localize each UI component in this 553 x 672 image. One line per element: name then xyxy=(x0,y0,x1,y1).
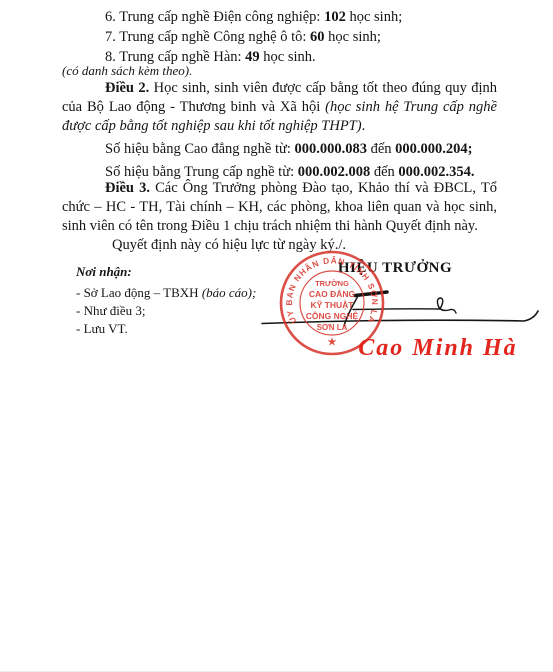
article-2-paragraph: Điều 2. Học sinh, sinh viên được cấp bằn… xyxy=(62,79,497,136)
recipient-item: - Sở Lao động – TBXH (báo cáo); xyxy=(76,284,256,302)
article-2-end: . xyxy=(362,118,366,134)
document-page: 6. Trung cấp nghề Điện công nghiệp: 102 … xyxy=(0,0,553,672)
star-icon: ★ xyxy=(328,337,337,348)
serial-line-college: Số hiệu bằng Cao đẳng nghề từ: 000.000.0… xyxy=(62,140,497,159)
list-item-suffix: học sinh. xyxy=(260,49,316,65)
signer-name: Cao Minh Hà xyxy=(338,335,538,362)
recipients-block: Nơi nhận: - Sở Lao động – TBXH (báo cáo)… xyxy=(76,263,256,338)
stamp-center-line: CAO ĐẲNG xyxy=(309,288,356,299)
serial-to: 000.000.204; xyxy=(395,141,472,157)
article-2-label: Điều 2. xyxy=(105,80,149,96)
list-item-count: 49 xyxy=(245,49,260,65)
stamp-center-line: SƠN LA xyxy=(317,323,348,332)
list-item-suffix: học sinh; xyxy=(346,9,402,25)
serial-prefix: Số hiệu bằng Trung cấp nghề từ: xyxy=(105,164,298,180)
article-3-label: Điều 3. xyxy=(105,180,150,196)
stamp-center-line: KỸ THUẬT xyxy=(311,299,355,310)
recipient-text: - Như điều 3; xyxy=(76,303,146,318)
serial-mid: đến xyxy=(370,164,398,180)
list-item-text: 7. Trung cấp nghề Công nghệ ô tô: xyxy=(105,29,310,45)
list-item-count: 60 xyxy=(310,29,325,45)
recipient-note: (báo cáo); xyxy=(202,285,257,300)
list-item-suffix: học sinh; xyxy=(325,29,381,45)
recipients-heading: Nơi nhận: xyxy=(76,263,256,281)
document-body: 6. Trung cấp nghề Điện công nghiệp: 102 … xyxy=(62,7,497,255)
list-item: 6. Trung cấp nghề Điện công nghiệp: 102 … xyxy=(62,7,497,27)
serial-mid: đến xyxy=(367,141,395,157)
article-3-paragraph: Điều 3. Các Ông Trưởng phòng Đào tạo, Kh… xyxy=(62,179,497,236)
stamp-center-line: TRƯỜNG xyxy=(315,279,349,288)
list-item: 7. Trung cấp nghề Công nghệ ô tô: 60 học… xyxy=(62,27,497,47)
list-item-text: 6. Trung cấp nghề Điện công nghiệp: xyxy=(105,9,324,25)
serial-to: 000.002.354. xyxy=(398,164,474,180)
list-item-count: 102 xyxy=(324,9,346,25)
serial-from: 000.000.083 xyxy=(294,141,367,157)
recipient-item: - Lưu VT. xyxy=(76,320,256,338)
stamp-center-line: CÔNG NGHỆ xyxy=(306,310,359,321)
recipient-text: - Lưu VT. xyxy=(76,321,128,336)
serial-prefix: Số hiệu bằng Cao đẳng nghề từ: xyxy=(105,141,294,157)
serial-from: 000.002.008 xyxy=(298,164,371,180)
recipient-text: - Sở Lao động – TBXH xyxy=(76,285,202,300)
recipient-item: - Như điều 3; xyxy=(76,302,256,320)
